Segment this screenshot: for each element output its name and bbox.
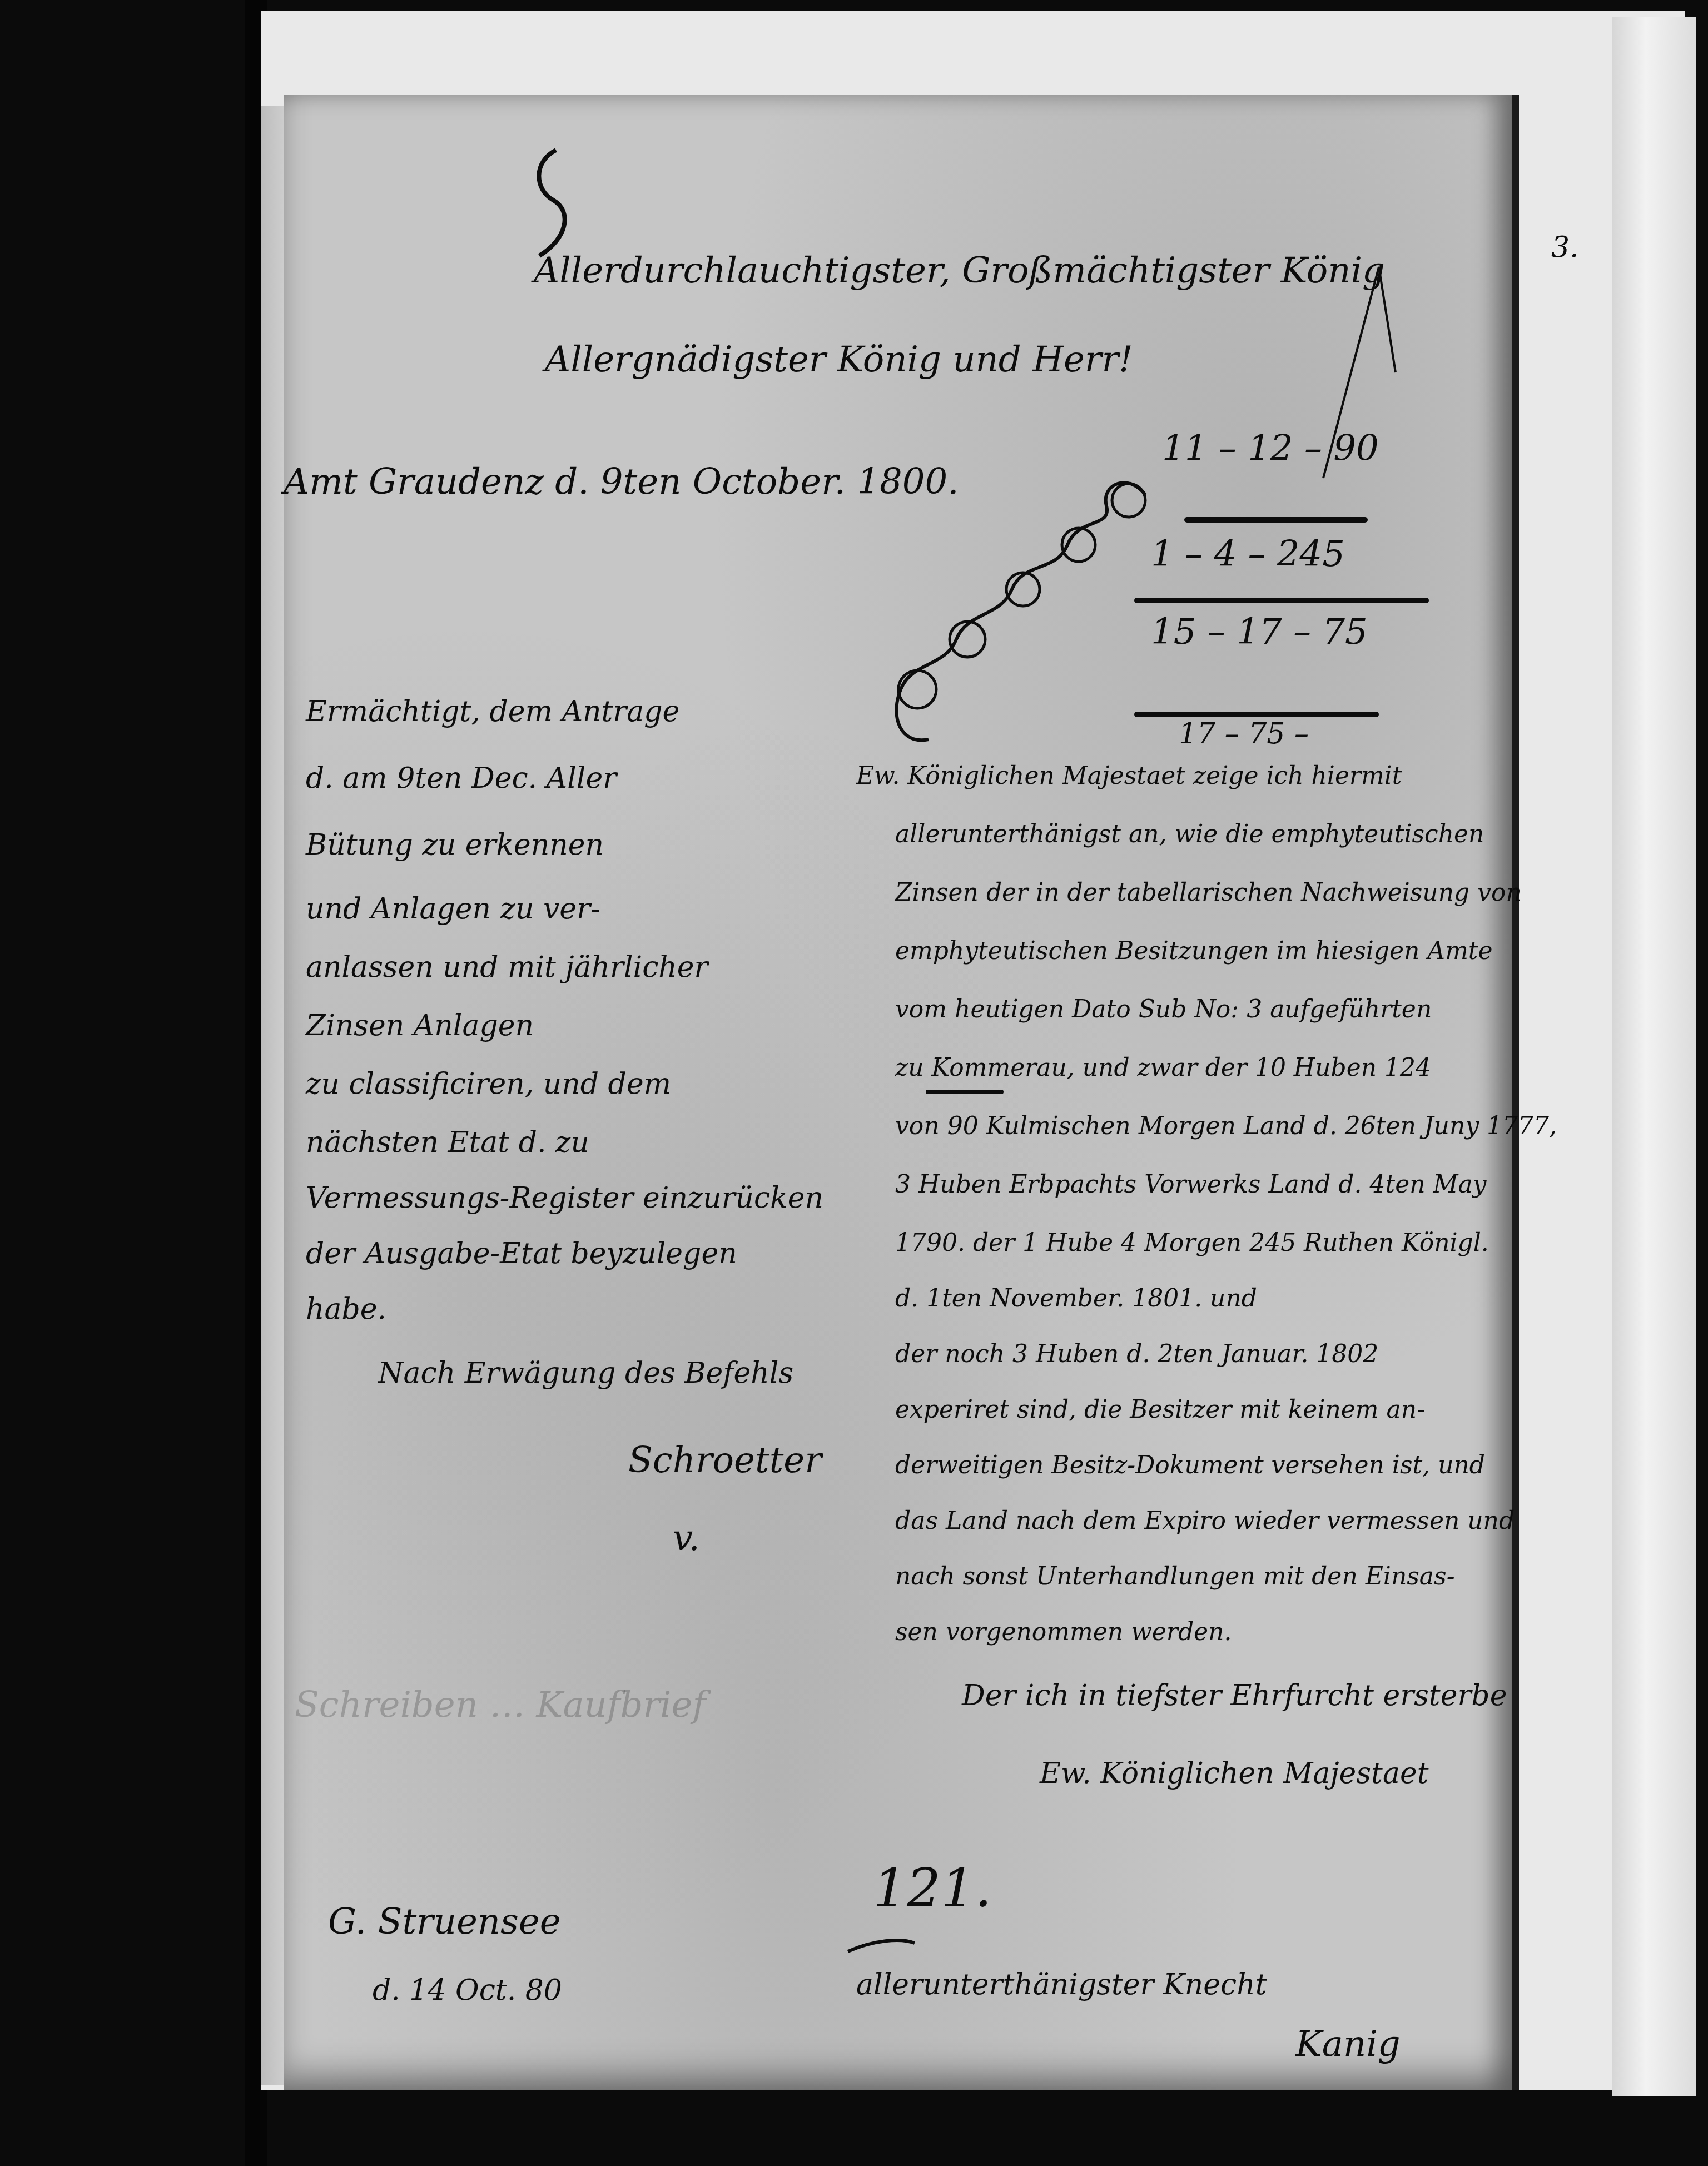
calc-row-2: 1 – 4 – 245: [1151, 534, 1345, 575]
left-note-date: d. 14 Oct. 80: [373, 1974, 562, 2007]
left-line: d. am 9ten Dec. Aller: [306, 762, 617, 795]
kommerau-underline: [926, 1090, 1004, 1094]
left-signature: Schroetter: [628, 1440, 822, 1481]
body-line: nach sonst Unterhandlungen mit den Einsa…: [895, 1562, 1455, 1591]
salutation-line-1: Allerdurchlauchtigster, Großmächtigster …: [534, 250, 1385, 291]
place-date-line: Amt Graudenz d. 9ten October. 1800.: [284, 461, 959, 503]
closing-servant: allerunterthänigster Knecht: [856, 1968, 1267, 2001]
left-line: Vermessungs-Register einzurücken: [306, 1181, 823, 1215]
body-line: experiret sind, die Besitzer mit keinem …: [895, 1395, 1425, 1424]
short-underline-stroke: [845, 1935, 917, 1957]
body-line: 1790. der 1 Hube 4 Morgen 245 Ruthen Kön…: [895, 1229, 1489, 1257]
left-line: Ermächtigt, dem Antrage: [306, 695, 679, 728]
closing-signature: Kanig: [1295, 2024, 1401, 2065]
body-line: vom heutigen Dato Sub No: 3 aufgeführten: [895, 995, 1432, 1024]
document-page: 3. Allerdurchlauchtigster, Großmächtigst…: [284, 95, 1519, 2090]
calc-rule-1: [1184, 517, 1368, 523]
body-line: von 90 Kulmischen Morgen Land d. 26ten J…: [895, 1112, 1557, 1140]
bleed-through-text: Schreiben … Kaufbrief: [295, 1685, 706, 1726]
body-line: Ew. Königlichen Majestaet zeige ich hier…: [856, 762, 1402, 790]
left-line: zu classificiren, und dem: [306, 1067, 671, 1101]
left-line: und Anlagen zu ver-: [306, 892, 600, 926]
reference-number: 121.: [873, 1857, 992, 1919]
body-line: d. 1ten November. 1801. und: [895, 1284, 1257, 1313]
body-line-kommerau: zu Kommerau, und zwar der 10 Huben 124: [895, 1054, 1431, 1082]
left-line: anlassen und mit jährlicher: [306, 951, 708, 984]
calc-sum: 15 – 17 – 75: [1151, 612, 1368, 653]
body-line: 3 Huben Erbpachts Vorwerks Land d. 4ten …: [895, 1170, 1487, 1199]
body-line: das Land nach dem Expiro wieder vermesse…: [895, 1507, 1515, 1535]
body-line: derweitigen Besitz-Dokument versehen ist…: [895, 1451, 1485, 1479]
calc-row-1: 11 – 12 – 90: [1162, 428, 1379, 469]
body-line: emphyteutischen Besitzungen im hiesigen …: [895, 937, 1493, 965]
calc-note: 17 – 75 –: [1179, 717, 1309, 751]
left-line: Bütung zu erkennen: [306, 828, 604, 862]
body-line: der noch 3 Huben d. 2ten Januar. 1802: [895, 1340, 1378, 1368]
salutation-line-2: Allergnädigster König und Herr!: [545, 339, 1133, 380]
backing-sheet-right-edge: [1612, 17, 1696, 2096]
left-signature-mark: v.: [673, 1518, 700, 1559]
body-line: sen vorgenommen werden.: [895, 1618, 1232, 1646]
closing-majesty: Ew. Königlichen Majestaet: [1040, 1757, 1429, 1790]
body-line: Zinsen der in der tabellarischen Nachwei…: [895, 878, 1522, 907]
closing-formula: Der ich in tiefster Ehrfurcht ersterbe: [962, 1679, 1507, 1712]
left-note-signature: G. Struensee: [328, 1901, 561, 1943]
left-line: Zinsen Anlagen: [306, 1009, 534, 1042]
left-line: habe.: [306, 1293, 386, 1326]
loop-flourish-icon: [867, 450, 1179, 762]
left-line: nächsten Etat d. zu: [306, 1126, 589, 1159]
folio-number: 3.: [1551, 231, 1579, 264]
left-line: der Ausgabe-Etat beyzulegen: [306, 1237, 737, 1270]
body-line: allerunterthänigst an, wie die emphyteut…: [895, 820, 1484, 848]
left-line: Nach Erwägung des Befehls: [378, 1357, 793, 1390]
